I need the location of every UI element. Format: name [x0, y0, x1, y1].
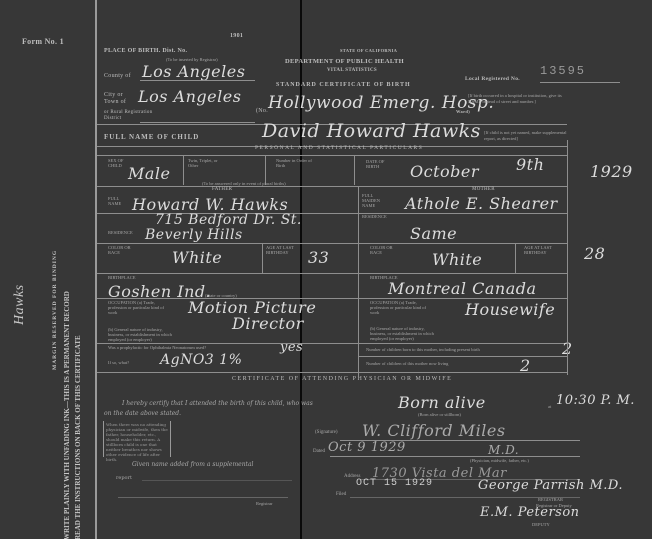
ward-label: Ward)	[456, 109, 470, 114]
deputy-caption: DEPUTY	[532, 522, 550, 527]
mother-residence-label: RESIDENCE	[362, 214, 387, 219]
birth-year: 1929	[590, 162, 633, 181]
county-value: Los Angeles	[142, 62, 245, 81]
father-residence-line-2: Beverly Hills	[145, 227, 243, 243]
child-full-name: David Howard Hawks	[262, 120, 481, 142]
twin-label: Twin, Triplet, or Other	[188, 158, 228, 168]
bureau-heading: VITAL STATISTICS	[327, 68, 377, 73]
state-heading: STATE OF CALIFORNIA	[340, 48, 397, 53]
registrar-label: REGISTRAR	[538, 497, 563, 502]
city-label: City or Town of	[104, 92, 134, 106]
physician-title: M.D.	[488, 443, 519, 457]
father-occupation-label: OCCUPATION (a) Trade, profession or part…	[108, 300, 168, 315]
midwife-note: When there was no attending physician or…	[104, 421, 170, 463]
margin-handwritten-name: Hawks	[12, 284, 28, 325]
local-registered-label: Local Registered No.	[465, 76, 520, 82]
father-age: 33	[308, 248, 329, 267]
father-color: White	[172, 248, 222, 267]
mother-color-label: COLOR OR RACE	[370, 245, 395, 255]
certify-text-2: on the date above stated.	[104, 410, 181, 417]
filed-label: Filed	[336, 492, 346, 497]
birth-certificate-scan: Form No. 1 Hawks MARGIN RESERVED FOR BIN…	[0, 0, 652, 539]
mother-header: MOTHER	[472, 187, 495, 192]
full-name-label: FULL NAME OF CHILD	[104, 133, 199, 141]
prophylactic-value: yes	[280, 340, 303, 355]
rural-district-label: or Rural Registration District	[104, 110, 154, 122]
birth-month: October	[410, 162, 479, 181]
county-label: County of	[104, 73, 131, 79]
father-residence-label: RESIDENCE	[108, 230, 133, 235]
midwife-note-box: When there was no attending physician or…	[103, 421, 171, 457]
section-certificate-header: CERTIFICATE OF ATTENDING PHYSICIAN OR MI…	[232, 376, 452, 382]
order-label: Number in Order of Birth	[276, 158, 321, 168]
registrar-caption: Registrar	[256, 501, 273, 506]
if-so-what-value: AgNO3 1%	[160, 352, 242, 368]
form-code: 1901	[230, 33, 243, 39]
signature-label: (Signature)	[315, 430, 338, 435]
birth-date-label: DATE OF BIRTH	[366, 159, 396, 169]
page-fold-line	[300, 0, 302, 539]
mother-color: White	[432, 250, 482, 269]
local-registered-number: 13595	[540, 64, 586, 78]
father-color-label: COLOR OR RACE	[108, 245, 133, 255]
dated-label: Dated	[313, 449, 325, 454]
margin-rule	[95, 0, 97, 539]
birth-time: 10:30 P. M.	[556, 393, 635, 408]
sex-value: Male	[128, 164, 171, 183]
children-born-label: Number of children born to this mother, …	[366, 347, 480, 352]
filed-date-stamp: OCT 15 1929	[356, 478, 433, 489]
section-personal-header: PERSONAL AND STATISTICAL PARTICULARS	[255, 145, 423, 151]
given-name-text: Given name added from a supplemental	[132, 461, 253, 468]
hospital-note: [If birth occurred in a hospital or inst…	[468, 93, 563, 104]
margin-reserved-label: MARGIN RESERVED FOR BINDING	[52, 250, 58, 370]
physician-signature: W. Clifford Miles	[362, 421, 506, 440]
city-value: Los Angeles	[138, 87, 241, 106]
department-heading: DEPARTMENT OF PUBLIC HEALTH	[285, 58, 404, 65]
father-residence-line-1: 715 Bedford Dr. St.	[155, 212, 302, 228]
mother-residence: Same	[410, 224, 457, 243]
mother-occupation-label: OCCUPATION (a) Trade, profession or part…	[370, 300, 430, 315]
dated-value: Oct 9 1929	[328, 440, 406, 455]
birth-day: 9th	[516, 155, 544, 174]
father-birthplace-label: BIRTHPLACE	[108, 275, 135, 280]
mother-age: 28	[584, 244, 605, 263]
born-caption: (Born alive or stillborn)	[418, 412, 461, 417]
father-age-label: AGE AT LAST BIRTHDAY	[266, 245, 311, 255]
hospital-prefix: (No.	[256, 108, 268, 114]
title-caption: (Physician, midwife, father, etc.)	[470, 458, 529, 463]
prophylactic-label: Was a prophylactic for Ophthalmia Neonat…	[108, 345, 206, 350]
certify-text: I hereby certify that I attended the bir…	[122, 400, 313, 407]
mother-full-name: Athole E. Shearer	[405, 194, 558, 213]
mother-age-label: AGE AT LAST BIRTHDAY	[524, 245, 569, 255]
father-name-label: FULL NAME	[108, 196, 128, 206]
father-industry-label: (b) General nature of industry, business…	[108, 327, 173, 342]
father-header: FATHER	[212, 187, 232, 192]
name-note: [If child is not yet named, make supplem…	[484, 130, 574, 141]
father-occupation-line-2: Director	[232, 314, 304, 333]
certificate-title: STANDARD CERTIFICATE OF BIRTH	[276, 82, 411, 88]
born-status: Born alive	[398, 393, 486, 412]
mother-name-label: FULL MAIDEN NAME	[362, 193, 384, 208]
mother-birthplace: Montreal Canada	[388, 279, 537, 298]
time-prefix: at	[548, 404, 551, 409]
margin-instruction-line-1: WRITE PLAINLY WITH UNFADING INK—THIS IS …	[63, 291, 71, 539]
form-number: Form No. 1	[22, 37, 64, 46]
margin-instruction-line-2: READ THE INSTRUCTIONS ON BACK OF THIS CE…	[74, 335, 82, 539]
children-living-label: Number of children of this mother now li…	[366, 361, 448, 366]
mother-occupation: Housewife	[465, 300, 555, 319]
mother-industry-label: (b) General nature of industry, business…	[370, 326, 435, 341]
registrar-signature: George Parrish M.D.	[478, 478, 623, 493]
place-of-birth-label: PLACE OF BIRTH. Dist. No.	[104, 48, 187, 54]
if-so-what-label: If so, what?	[108, 360, 129, 365]
deputy-signature: E.M. Peterson	[480, 505, 580, 520]
report-label: report	[116, 475, 132, 481]
